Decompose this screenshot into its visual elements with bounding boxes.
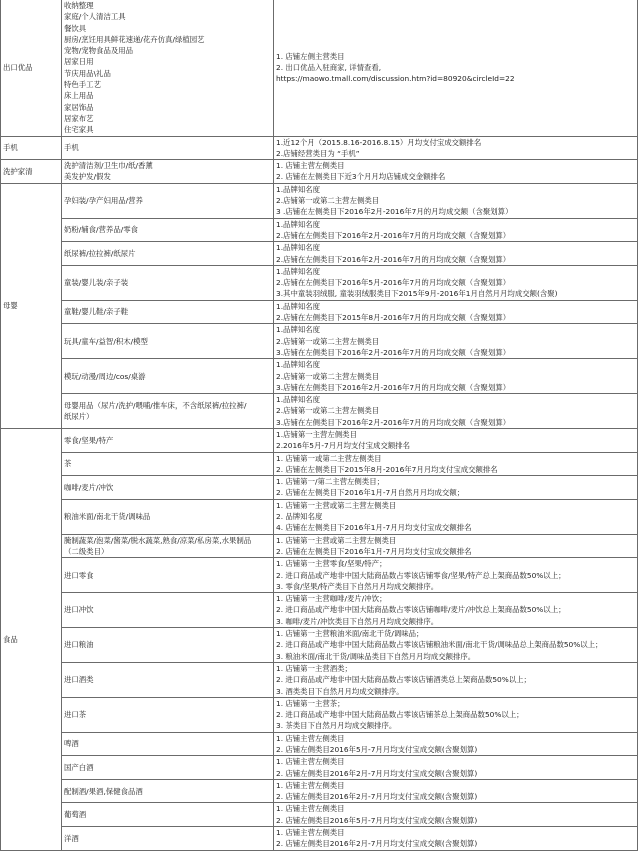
subcategory-cell: 粮油米面/南北干货/调味品 [62,499,274,534]
subcategory-cell: 腌制蔬菜/泡菜/酱菜/脱水蔬菜,熟食/凉菜/私房菜,水果制品（二级类目） [62,534,274,558]
category-group-cell: 母婴 [1,183,62,428]
rule-text: 1. 店铺主营左侧类目 [276,827,635,838]
rule-text: 3.店铺在左侧类目下2016年2月-2016年7月的月均成交额（含聚划算） [276,417,635,428]
rule-text: 1. 店铺第一主营酒类； [276,663,635,674]
subcategory-text: 进口粮油 [64,639,271,650]
rule-text: 2. 进口商品或产地非中国大陆商品数占零该店铺零食/坚果/特产总上架商品数50%… [276,570,635,581]
rule-text: 2.店铺在左侧类目下2016年2月-2016年7月的月均成交额（含聚划算） [276,254,635,265]
rule-text: 3. 酒类类目下自然月月均成交额排序。 [276,686,635,697]
rule-text: 1. 店铺第一主营或第二主营左侧类目 [276,500,635,511]
subcategory-cell: 收纳整理家庭/个人清洁工具餐饮具厨房/烹饪用具鲜花速递/花卉仿真/绿植园艺宠物/… [62,0,274,136]
ranking-rule-cell: 1. 店铺第一/第二主营左侧类目；2. 店铺在左侧类目下2016年1月-7月自然… [274,476,638,500]
table-row: 腌制蔬菜/泡菜/酱菜/脱水蔬菜,熟食/凉菜/私房菜,水果制品（二级类目）1. 店… [1,534,638,558]
subcategory-cell: 茶 [62,452,274,476]
rule-text: 2. 店铺在左侧类目下2016年1月-7月月均支付宝成交额排名 [276,546,635,557]
ranking-rule-cell: 1. 店铺主营左侧类目2. 店铺左侧类目2016年2月-7月月均支付宝成交额(含… [274,779,638,803]
rule-text: 2.店铺第一或第二主营左侧类目 [276,195,635,206]
table-row: 啤酒1. 店铺主营左侧类目2. 店铺左侧类目2016年5月-7月月均支付宝成交额… [1,732,638,756]
subcategory-cell: 葡萄酒 [62,803,274,827]
category-group-cell: 手机 [1,136,62,160]
ranking-rule-cell: 1. 店铺主营左侧类目2. 店铺左侧类目2016年5月-7月月均支付宝成交额(含… [274,803,638,827]
rule-text: 2. 店铺在左侧类目下2016年1月-7月自然月月均成交额； [276,487,635,498]
table-row: 葡萄酒1. 店铺主营左侧类目2. 店铺左侧类目2016年5月-7月月均支付宝成交… [1,803,638,827]
subcategory-text: 纸尿片） [64,411,271,422]
ranking-rule-cell: 1. 店铺第一主营咖啡/麦片/冲饮；2. 进口商品或产地非中国大陆商品数占零该店… [274,593,638,628]
table-row: 食品零食/坚果/特产1.店铺第一主营左侧类目2.2016年5月-7月月均支付宝成… [1,428,638,452]
subcategory-text: 啤酒 [64,738,271,749]
rule-text: 3. 茶类目下自然月月均成交额排序。 [276,720,635,731]
table-row: 母婴孕妇装/孕产妇用品/营养1.品牌知名度2.店铺第一或第二主营左侧类目3 .店… [1,183,638,218]
subcategory-text: 孕妇装/孕产妇用品/营养 [64,195,271,206]
rule-text: 2. 进口商品或产地非中国大陆商品数占零该店铺茶总上架商品数50%以上； [276,709,635,720]
subcategory-cell: 进口粮油 [62,628,274,663]
ranking-rule-cell: 1.品牌知名度2.店铺第一或第二主营左侧类目3 .店铺在左侧类目下2016年2月… [274,183,638,218]
subcategory-text: 床上用品 [64,90,271,101]
rule-text: 2.店铺在左侧类目下2015年8月-2016年7月的月均成交额（含聚划算） [276,312,635,323]
ranking-rule-cell: 1. 店铺主营左侧类目2. 店铺左侧类目2016年2月-7月月均支付宝成交额(含… [274,756,638,780]
rule-text: 2. 进口商品或产地非中国大陆商品数占零该店铺咖啡/麦片/冲饮总上架商品数50%… [276,604,635,615]
rule-text: 1. 店铺第一/第二主营左侧类目； [276,476,635,487]
subcategory-text: 厨房/烹饪用具鲜花速递/花卉仿真/绿植园艺 [64,34,271,45]
subcategory-cell: 洗护清洁剂/卫生巾/纸/香薰美发护发/假发 [62,160,274,184]
subcategory-text: 居家日用 [64,56,271,67]
ranking-rule-cell: 1. 店铺第一或第二主营左侧类目2. 店铺在左侧类目下2015年8月-2016年… [274,452,638,476]
table-body: 出口优品收纳整理家庭/个人清洁工具餐饮具厨房/烹饪用具鲜花速递/花卉仿真/绿植园… [1,0,638,850]
rule-text: 3.店铺在左侧类目下2016年2月-2016年7月的月均成交额（含聚划算） [276,347,635,358]
table-row: 纸尿裤/拉拉裤/纸尿片1.品牌知名度2.店铺在左侧类目下2016年2月-2016… [1,242,638,266]
ranking-rule-cell: 1. 店铺左侧主营类目2. 出口优品入驻商家, 详情查看,https://mao… [274,0,638,136]
subcategory-text: 进口冲饮 [64,604,271,615]
table-row: 进口酒类1. 店铺第一主营酒类；2. 进口商品或产地非中国大陆商品数占零该店铺酒… [1,662,638,697]
rule-text: 1.品牌知名度 [276,219,635,230]
rule-text: 2. 店铺左侧类目2016年2月-7月月均支付宝成交额(含聚划算) [276,838,635,849]
ranking-rule-cell: 1. 店铺第一主营粮油米面/南北干货/调味品；2. 进口商品或产地非中国大陆商品… [274,628,638,663]
rule-text: 1.品牌知名度 [276,324,635,335]
subcategory-cell: 玩具/童车/益智/积木/模型 [62,324,274,359]
table-row: 洗护家清洗护清洁剂/卫生巾/纸/香薰美发护发/假发1. 店铺主营左侧类目2. 店… [1,160,638,184]
subcategory-cell: 进口茶 [62,697,274,732]
table-row: 洋酒1. 店铺主营左侧类目2. 店铺左侧类目2016年2月-7月月均支付宝成交额… [1,827,638,851]
rule-text: 2.2016年5月-7月月均支付宝成交额排名 [276,440,635,451]
rule-text: 2.店铺在左侧类目下2016年5月-2016年7月的月均成交额（含聚划算） [276,277,635,288]
table-row: 母婴用品（尿片/洗护/喂哺/推车床，不含纸尿裤/拉拉裤/纸尿片）1.品牌知名度2… [1,394,638,429]
rule-text: 2. 品牌知名度 [276,511,635,522]
ranking-rule-cell: 1. 店铺第一主营茶；2. 进口商品或产地非中国大陆商品数占零该店铺茶总上架商品… [274,697,638,732]
table-row: 手机手机1.近12个月（2015.8.16-2016.8.15）月均支付宝成交额… [1,136,638,160]
table-row: 模玩/动漫/周边/cos/桌游1.品牌知名度2.店铺第一或第二主营左侧类目3.店… [1,359,638,394]
ranking-rule-cell: 1.近12个月（2015.8.16-2016.8.15）月均支付宝成交额排名2.… [274,136,638,160]
subcategory-text: 配制酒/果酒,保健食品酒 [64,786,271,797]
rule-text: 2. 进口商品或产地非中国大陆商品数占零该店铺粮油米面/南北干货/调味品总上架商… [276,639,635,650]
ranking-rule-cell: 1.品牌知名度2.店铺第一或第二主营左侧类目3.店铺在左侧类目下2016年2月-… [274,359,638,394]
subcategory-text: 奶粉/辅食/营养品/零食 [64,224,271,235]
table-row: 进口茶1. 店铺第一主营茶；2. 进口商品或产地非中国大陆商品数占零该店铺茶总上… [1,697,638,732]
subcategory-text: 洗护清洁剂/卫生巾/纸/香薰 [64,160,271,171]
rule-text: 1.近12个月（2015.8.16-2016.8.15）月均支付宝成交额排名 [276,137,635,148]
subcategory-cell: 孕妇装/孕产妇用品/营养 [62,183,274,218]
discussion-link[interactable]: https://maowo.tmall.com/discussion.htm?i… [276,73,635,84]
table-row: 出口优品收纳整理家庭/个人清洁工具餐饮具厨房/烹饪用具鲜花速递/花卉仿真/绿植园… [1,0,638,136]
subcategory-cell: 零食/坚果/特产 [62,428,274,452]
subcategory-text: 纸尿裤/拉拉裤/纸尿片 [64,248,271,259]
subcategory-cell: 咖啡/麦片/冲饮 [62,476,274,500]
rule-text: 4. 店铺在左侧类目下2016年1月-7月月均支付宝成交额排名 [276,522,635,533]
subcategory-text: 腌制蔬菜/泡菜/酱菜/脱水蔬菜,熟食/凉菜/私房菜,水果制品 [64,535,271,546]
table-row: 童鞋/婴儿鞋/亲子鞋1.品牌知名度2.店铺在左侧类目下2015年8月-2016年… [1,300,638,324]
subcategory-cell: 童装/婴儿装/亲子装 [62,265,274,300]
rule-text: 1. 店铺主营左侧类目 [276,780,635,791]
table-row: 玩具/童车/益智/积木/模型1.品牌知名度2.店铺第一或第二主营左侧类目3.店铺… [1,324,638,359]
subcategory-cell: 纸尿裤/拉拉裤/纸尿片 [62,242,274,266]
subcategory-text: 进口零食 [64,570,271,581]
table-row: 国产白酒1. 店铺主营左侧类目2. 店铺左侧类目2016年2月-7月月均支付宝成… [1,756,638,780]
ranking-rule-cell: 1.品牌知名度2.店铺第一或第二主营左侧类目3.店铺在左侧类目下2016年2月-… [274,394,638,429]
rule-text: 2. 店铺左侧类目2016年5月-7月月均支付宝成交额(含聚划算) [276,744,635,755]
subcategory-text: 手机 [64,142,271,153]
subcategory-cell: 奶粉/辅食/营养品/零食 [62,218,274,242]
rule-text: 1. 店铺第一主营或第二主营左侧类目 [276,535,635,546]
category-rules-table: 出口优品收纳整理家庭/个人清洁工具餐饮具厨房/烹饪用具鲜花速递/花卉仿真/绿植园… [0,0,638,851]
table-row: 茶1. 店铺第一或第二主营左侧类目2. 店铺在左侧类目下2015年8月-2016… [1,452,638,476]
ranking-rule-cell: 1.品牌知名度2.店铺在左侧类目下2016年2月-2016年7月的月均成交额（含… [274,218,638,242]
ranking-rule-cell: 1.店铺第一主营左侧类目2.2016年5月-7月月均支付宝成交额排名 [274,428,638,452]
subcategory-text: （二级类目） [64,546,271,557]
rule-text: 1.品牌知名度 [276,242,635,253]
rule-text: 1. 店铺主营左侧类目 [276,160,635,171]
rule-text: 1.店铺第一主营左侧类目 [276,429,635,440]
rule-text: 2. 店铺在左侧类目下2015年8月-2016年7月月均支付宝成交额排名 [276,464,635,475]
rule-text: 1. 店铺第一主营咖啡/麦片/冲饮； [276,593,635,604]
ranking-rule-cell: 1.品牌知名度2.店铺在左侧类目下2015年8月-2016年7月的月均成交额（含… [274,300,638,324]
subcategory-text: 家庭/个人清洁工具 [64,11,271,22]
rule-text: 2.店铺第一或第二主营左侧类目 [276,336,635,347]
subcategory-text: 茶 [64,458,271,469]
rule-text: 2. 店铺左侧类目2016年5月-7月月均支付宝成交额(含聚划算) [276,815,635,826]
rule-text: 1. 店铺第一主营茶； [276,698,635,709]
rule-text: 1. 店铺第一主营粮油米面/南北干货/调味品； [276,628,635,639]
rule-text: 1.品牌知名度 [276,301,635,312]
subcategory-cell: 手机 [62,136,274,160]
subcategory-text: 母婴用品（尿片/洗护/喂哺/推车床，不含纸尿裤/拉拉裤/ [64,400,271,411]
subcategory-text: 收纳整理 [64,0,271,11]
rule-text: 1.品牌知名度 [276,266,635,277]
rule-text: 3. 零食/坚果/特产类目下自然月月均成交额排序。 [276,581,635,592]
rule-text: 2.店铺在左侧类目下2016年2月-2016年7月的月均成交额（含聚划算） [276,230,635,241]
subcategory-text: 咖啡/麦片/冲饮 [64,482,271,493]
subcategory-text: 宠物/宠物食品及用品 [64,45,271,56]
rule-text: 3.店铺在左侧类目下2016年2月-2016年7月的月均成交额（含聚划算） [276,382,635,393]
ranking-rule-cell: 1. 店铺主营左侧类目2. 店铺左侧类目2016年5月-7月月均支付宝成交额(含… [274,732,638,756]
rule-text: 3. 咖啡/麦片/冲饮类目下自然月月均成交额排序。 [276,616,635,627]
ranking-rule-cell: 1.品牌知名度2.店铺在左侧类目下2016年2月-2016年7月的月均成交额（含… [274,242,638,266]
rule-text: 1. 店铺第一主营零食/坚果/特产； [276,558,635,569]
table-row: 配制酒/果酒,保健食品酒1. 店铺主营左侧类目2. 店铺左侧类目2016年2月-… [1,779,638,803]
rule-text: 1. 店铺第一或第二主营左侧类目 [276,453,635,464]
rule-text: 1. 店铺主营左侧类目 [276,803,635,814]
table-row: 奶粉/辅食/营养品/零食1.品牌知名度2.店铺在左侧类目下2016年2月-201… [1,218,638,242]
rule-text: 2.店铺经营类目为 “手机” [276,148,635,159]
subcategory-text: 零食/坚果/特产 [64,435,271,446]
rule-text: 1. 店铺主营左侧类目 [276,733,635,744]
ranking-rule-cell: 1. 店铺第一主营酒类；2. 进口商品或产地非中国大陆商品数占零该店铺酒类总上架… [274,662,638,697]
ranking-rule-cell: 1. 店铺主营左侧类目2. 店铺在左侧类目下近3个月月均店铺成交金额排名 [274,160,638,184]
rule-text: 1.品牌知名度 [276,394,635,405]
rule-text: 1. 店铺主营左侧类目 [276,756,635,767]
subcategory-cell: 进口零食 [62,558,274,593]
rule-text: 3.其中童装羽绒服, 童装羽绒服类目下2015年9月-2016年1月自然月月均成… [276,288,635,299]
subcategory-text: 葡萄酒 [64,809,271,820]
subcategory-text: 国产白酒 [64,762,271,773]
subcategory-cell: 母婴用品（尿片/洗护/喂哺/推车床，不含纸尿裤/拉拉裤/纸尿片） [62,394,274,429]
subcategory-text: 特色手工艺 [64,79,271,90]
rule-text: 2. 店铺左侧类目2016年2月-7月月均支付宝成交额(含聚划算) [276,768,635,779]
ranking-rule-cell: 1. 店铺第一主营或第二主营左侧类目2. 品牌知名度4. 店铺在左侧类目下201… [274,499,638,534]
subcategory-text: 玩具/童车/益智/积木/模型 [64,336,271,347]
rule-text: 2. 店铺左侧类目2016年2月-7月月均支付宝成交额(含聚划算) [276,791,635,802]
subcategory-cell: 模玩/动漫/周边/cos/桌游 [62,359,274,394]
category-group-cell: 出口优品 [1,0,62,136]
subcategory-cell: 童鞋/婴儿鞋/亲子鞋 [62,300,274,324]
category-group-cell: 洗护家清 [1,160,62,184]
rule-text: 1.品牌知名度 [276,359,635,370]
subcategory-text: 粮油米面/南北干货/调味品 [64,511,271,522]
subcategory-cell: 进口酒类 [62,662,274,697]
rule-text: 1. 店铺左侧主营类目 [276,51,635,62]
ranking-rule-cell: 1.品牌知名度2.店铺第一或第二主营左侧类目3.店铺在左侧类目下2016年2月-… [274,324,638,359]
subcategory-cell: 国产白酒 [62,756,274,780]
rule-text: 2.店铺第一或第二主营左侧类目 [276,371,635,382]
ranking-rule-cell: 1.品牌知名度2.店铺在左侧类目下2016年5月-2016年7月的月均成交额（含… [274,265,638,300]
table-row: 进口粮油1. 店铺第一主营粮油米面/南北干货/调味品；2. 进口商品或产地非中国… [1,628,638,663]
subcategory-text: 节庆用品\礼品 [64,68,271,79]
subcategory-text: 住宅家具 [64,124,271,135]
subcategory-text: 童装/婴儿装/亲子装 [64,277,271,288]
category-group-cell: 食品 [1,428,62,850]
rule-text: 2. 出口优品入驻商家, 详情查看, [276,62,635,73]
ranking-rule-cell: 1. 店铺第一主营或第二主营左侧类目2. 店铺在左侧类目下2016年1月-7月月… [274,534,638,558]
table-row: 进口冲饮1. 店铺第一主营咖啡/麦片/冲饮；2. 进口商品或产地非中国大陆商品数… [1,593,638,628]
subcategory-text: 家居饰品 [64,102,271,113]
subcategory-text: 进口酒类 [64,674,271,685]
rule-text: 2. 进口商品或产地非中国大陆商品数占零该店铺酒类总上架商品数50%以上； [276,674,635,685]
subcategory-cell: 进口冲饮 [62,593,274,628]
subcategory-text: 美发护发/假发 [64,171,271,182]
subcategory-text: 进口茶 [64,709,271,720]
subcategory-text: 童鞋/婴儿鞋/亲子鞋 [64,306,271,317]
table-row: 童装/婴儿装/亲子装1.品牌知名度2.店铺在左侧类目下2016年5月-2016年… [1,265,638,300]
rule-text: 2.店铺第一或第二主营左侧类目 [276,405,635,416]
table-row: 进口零食1. 店铺第一主营零食/坚果/特产；2. 进口商品或产地非中国大陆商品数… [1,558,638,593]
rule-text: 2. 店铺在左侧类目下近3个月月均店铺成交金额排名 [276,171,635,182]
subcategory-text: 餐饮具 [64,23,271,34]
ranking-rule-cell: 1. 店铺主营左侧类目2. 店铺左侧类目2016年2月-7月月均支付宝成交额(含… [274,827,638,851]
rule-text: 1.品牌知名度 [276,184,635,195]
subcategory-text: 模玩/动漫/周边/cos/桌游 [64,371,271,382]
subcategory-cell: 洋酒 [62,827,274,851]
rule-text: 3. 粮油米面/南北干货/调味品类目下自然月月均成交额排序。 [276,651,635,662]
rule-text: 3 .店铺在左侧类目下2016年2月-2016年7月的月均成交额（含聚划算） [276,206,635,217]
table-row: 咖啡/麦片/冲饮1. 店铺第一/第二主营左侧类目；2. 店铺在左侧类目下2016… [1,476,638,500]
subcategory-cell: 啤酒 [62,732,274,756]
subcategory-text: 居家布艺 [64,113,271,124]
table-row: 粮油米面/南北干货/调味品1. 店铺第一主营或第二主营左侧类目2. 品牌知名度4… [1,499,638,534]
ranking-rule-cell: 1. 店铺第一主营零食/坚果/特产；2. 进口商品或产地非中国大陆商品数占零该店… [274,558,638,593]
subcategory-text: 洋酒 [64,833,271,844]
subcategory-cell: 配制酒/果酒,保健食品酒 [62,779,274,803]
